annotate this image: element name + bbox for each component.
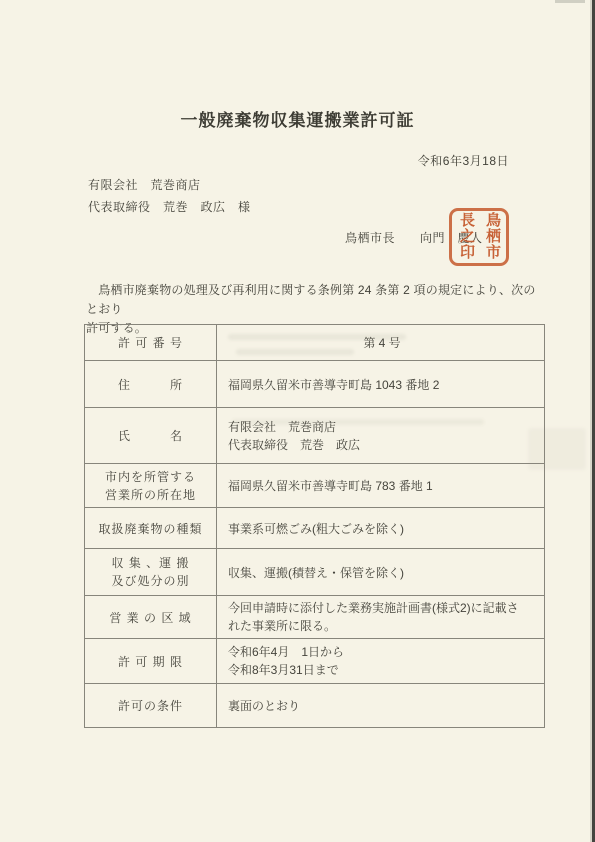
table-row-permit-period: 許 可 期 限 令和6年4月 1日から 令和8年3月31日まで xyxy=(85,639,545,684)
row-value: 有限会社 荒巻商店 代表取締役 荒巻 政広 xyxy=(217,408,545,464)
label-line: 及び処分の別 xyxy=(87,572,214,590)
table-row-permit-conditions: 許可の条件 裏面のとおり xyxy=(85,684,545,728)
addressee-company: 有限会社 荒巻商店 xyxy=(88,174,251,196)
mayor-seal-stamp: 鳥栖市 長之印 xyxy=(449,208,509,266)
value-line: れた事業所に限る。 xyxy=(228,617,536,635)
row-label: 市内を所管する 営業所の所在地 xyxy=(85,464,217,508)
table-row-waste-type: 取扱廃棄物の種類 事業系可燃ごみ(粗大ごみを除く) xyxy=(85,508,545,549)
label-line: 市内を所管する xyxy=(87,468,214,486)
row-value: 裏面のとおり xyxy=(217,684,545,728)
table-row-business-area: 営 業 の 区 域 今回申請時に添付した業務実施計画書(様式2)に記載さ れた事… xyxy=(85,596,545,639)
value-line: 有限会社 荒巻商店 xyxy=(228,418,536,436)
mayor-seal-text: 鳥栖市 長之印 xyxy=(453,212,505,262)
label-line: 営業所の所在地 xyxy=(87,486,214,504)
table-row-address: 住 所 福岡県久留米市善導寺町島 1043 番地 2 xyxy=(85,361,545,408)
value-line: 代表取締役 荒巻 政広 xyxy=(228,436,536,454)
label-line: 収 集 、運 搬 xyxy=(87,554,214,572)
value-line: 今回申請時に添付した業務実施計画書(様式2)に記載さ xyxy=(228,599,536,617)
issue-date: 令和6年3月18日 xyxy=(418,152,509,169)
row-label: 許 可 期 限 xyxy=(85,639,217,684)
table-row-permit-number: 許 可 番 号 第 4 号 xyxy=(85,325,545,361)
row-label: 許可の条件 xyxy=(85,684,217,728)
table-row-office-location: 市内を所管する 営業所の所在地 福岡県久留米市善導寺町島 783 番地 1 xyxy=(85,464,545,508)
permit-statement-line1: 鳥栖市廃棄物の処理及び再利用に関する条例第 24 条第 2 項の規定により、次の… xyxy=(86,281,538,319)
row-value: 福岡県久留米市善導寺町島 1043 番地 2 xyxy=(217,361,545,408)
table-row-name: 氏 名 有限会社 荒巻商店 代表取締役 荒巻 政広 xyxy=(85,408,545,464)
row-label: 許 可 番 号 xyxy=(85,325,217,361)
seal-column-right: 鳥栖市 xyxy=(479,212,505,262)
permit-detail-table: 許 可 番 号 第 4 号 住 所 福岡県久留米市善導寺町島 1043 番地 2… xyxy=(84,324,545,728)
scan-corner-mark xyxy=(555,0,585,3)
row-value: 第 4 号 xyxy=(217,325,545,361)
seal-column-left: 長之印 xyxy=(453,212,479,262)
addressee-block: 有限会社 荒巻商店 代表取締役 荒巻 政広 様 xyxy=(88,174,251,218)
row-value: 事業系可燃ごみ(粗大ごみを除く) xyxy=(217,508,545,549)
table-row-operation-class: 収 集 、運 搬 及び処分の別 収集、運搬(積替え・保管を除く) xyxy=(85,549,545,596)
document-title: 一般廃棄物収集運搬業許可証 xyxy=(0,106,595,131)
value-line: 令和8年3月31日まで xyxy=(228,661,536,679)
addressee-representative: 代表取締役 荒巻 政広 様 xyxy=(88,196,251,218)
row-value: 収集、運搬(積替え・保管を除く) xyxy=(217,549,545,596)
row-value: 今回申請時に添付した業務実施計画書(様式2)に記載さ れた事業所に限る。 xyxy=(217,596,545,639)
row-value: 福岡県久留米市善導寺町島 783 番地 1 xyxy=(217,464,545,508)
row-label: 収 集 、運 搬 及び処分の別 xyxy=(85,549,217,596)
value-line: 令和6年4月 1日から xyxy=(228,643,536,661)
row-value: 令和6年4月 1日から 令和8年3月31日まで xyxy=(217,639,545,684)
row-label: 住 所 xyxy=(85,361,217,408)
row-label: 取扱廃棄物の種類 xyxy=(85,508,217,549)
row-label: 営 業 の 区 域 xyxy=(85,596,217,639)
row-label: 氏 名 xyxy=(85,408,217,464)
permit-document-page: 一般廃棄物収集運搬業許可証 令和6年3月18日 有限会社 荒巻商店 代表取締役 … xyxy=(0,0,595,842)
